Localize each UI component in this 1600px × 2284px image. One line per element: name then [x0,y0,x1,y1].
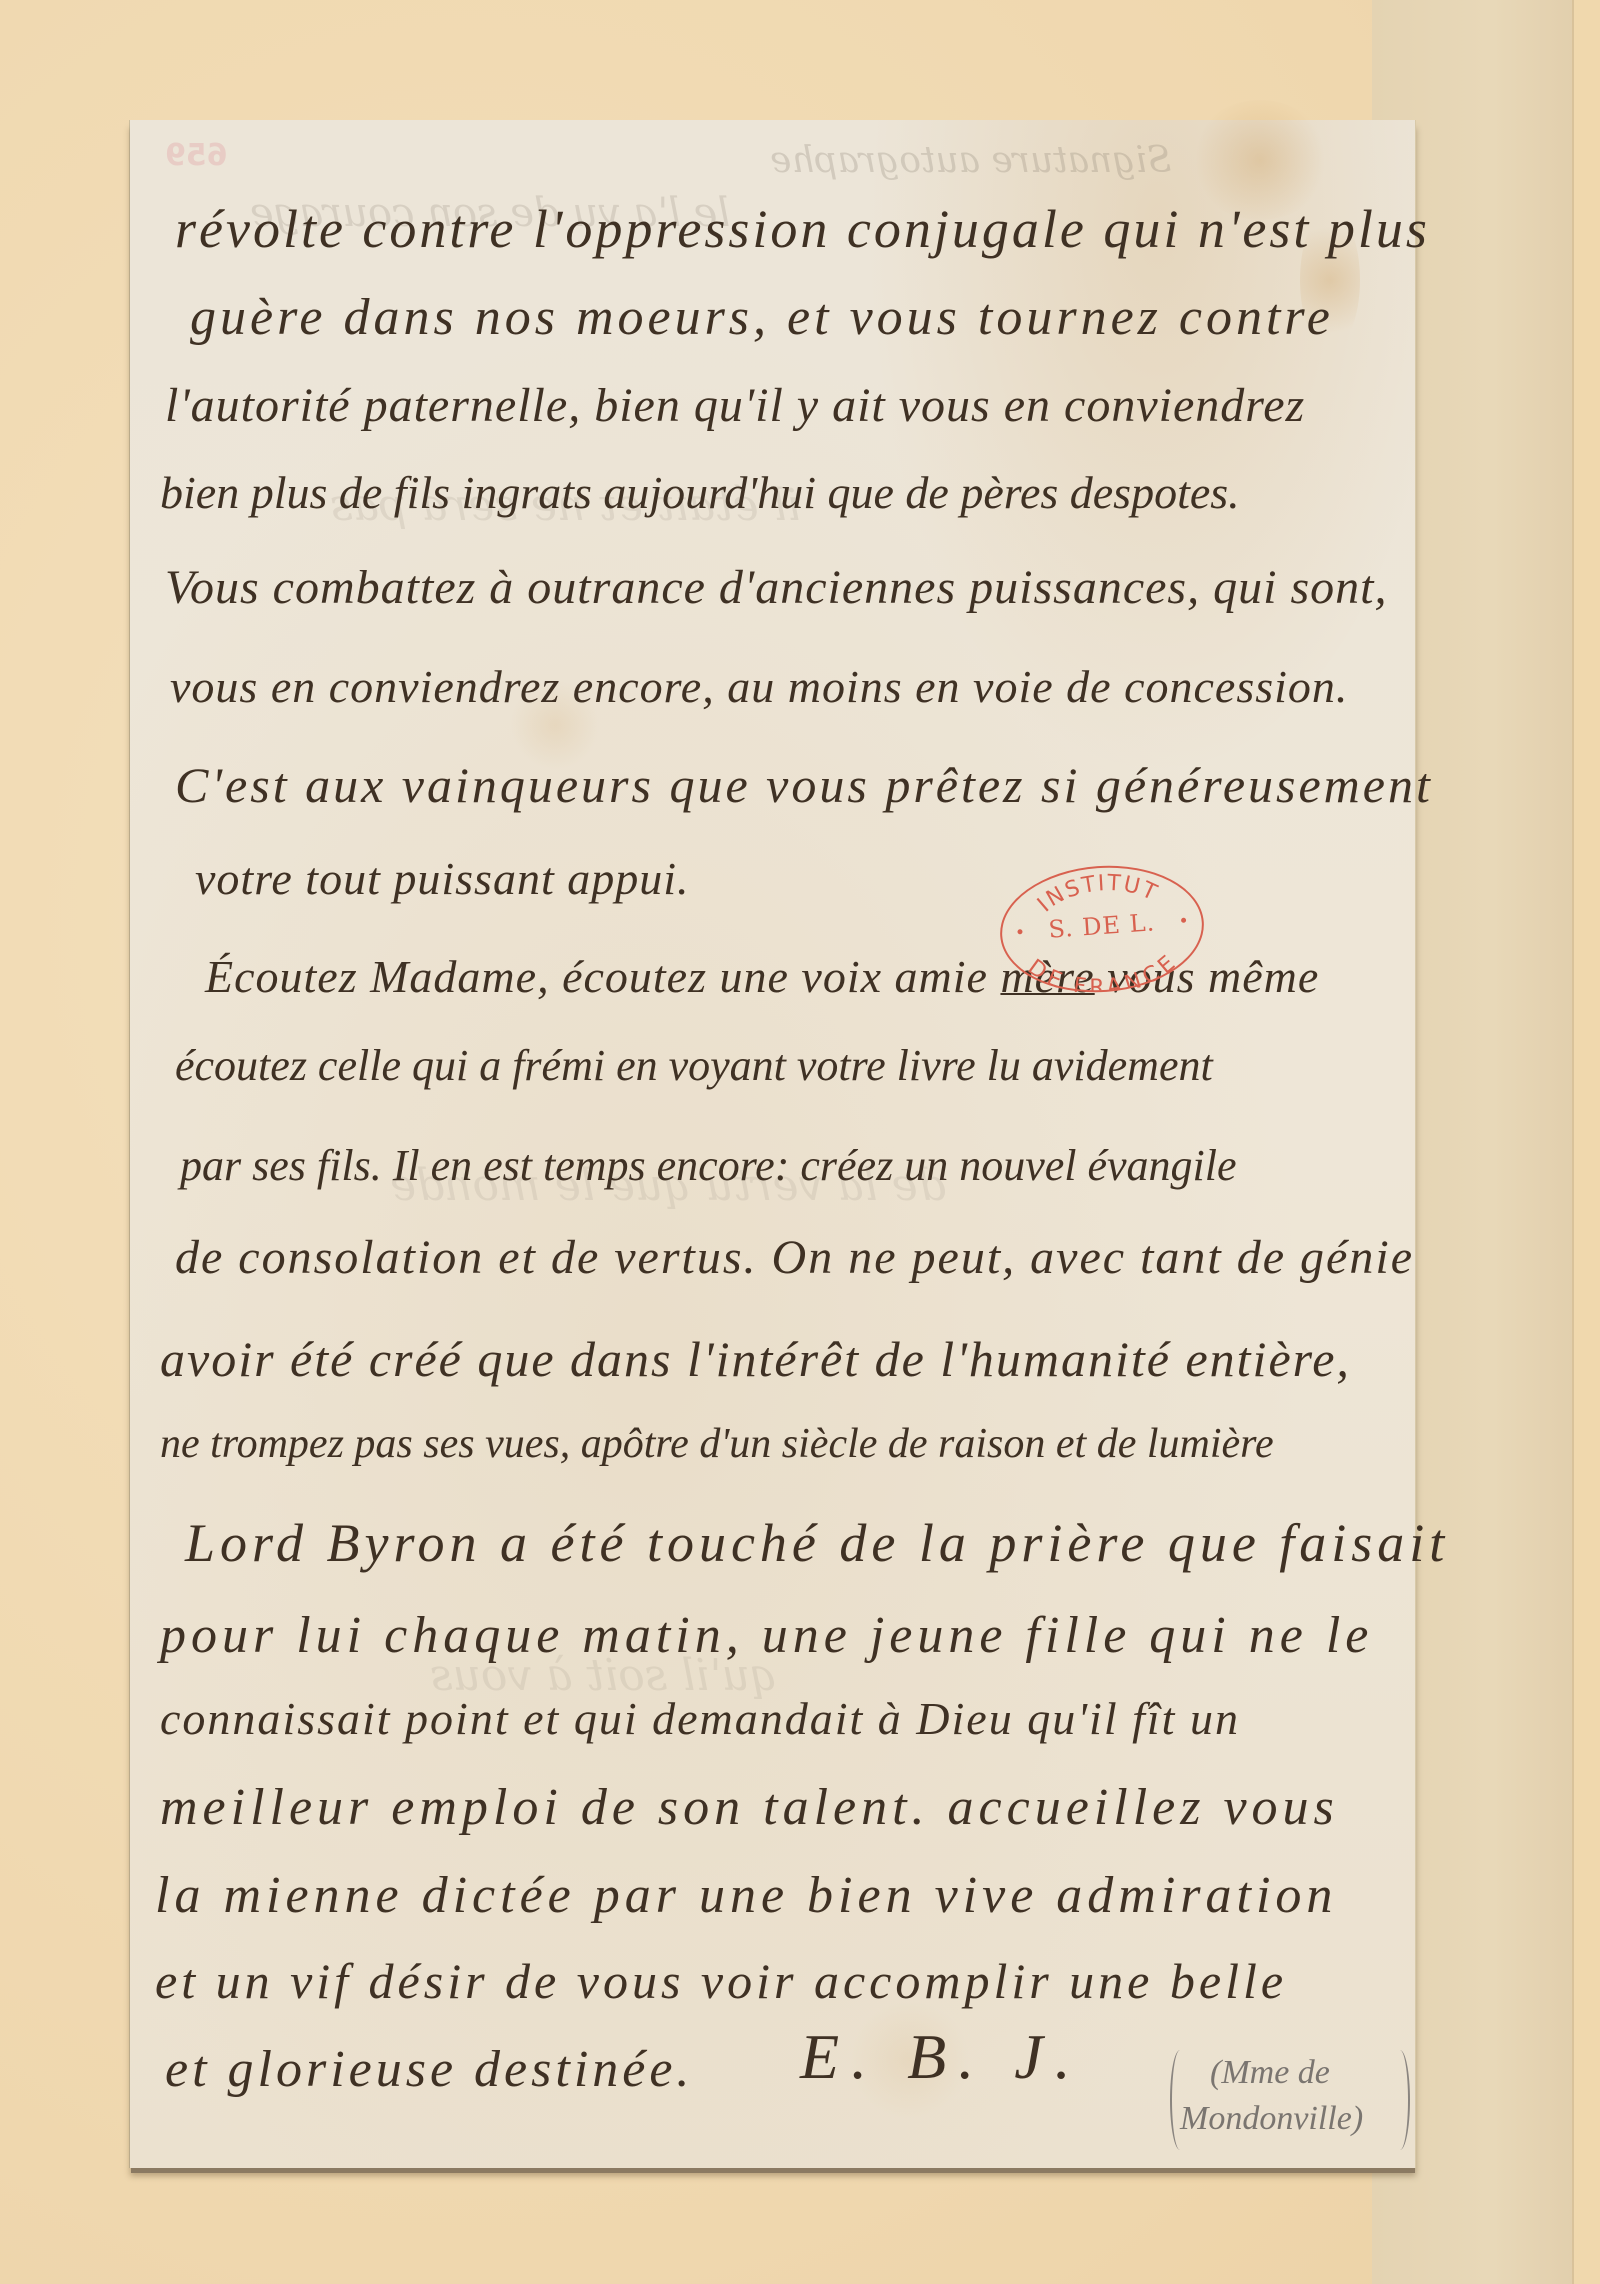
mounting-board-edge [1574,0,1600,2284]
show-through-text: Signature autographe [770,140,1172,181]
letter-line: de consolation et de vertus. On ne peut,… [175,1230,1414,1285]
folio-number: 659 [165,138,228,173]
pencil-attribution-line: Mondonville) [1170,2096,1410,2142]
letter-line: guère dans nos moeurs, et vous tournez c… [190,288,1334,347]
letter-line: Lord Byron a été touché de la prière que… [185,1512,1449,1574]
letter-line: et un vif désir de vous voir accomplir u… [155,1952,1287,2010]
letter-line: vous en conviendrez encore, au moins en … [170,660,1348,713]
letter-line-segment: Écoutez Madame, écoutez une voix amie [205,951,1000,1002]
letter-line: et glorieuse destinée. [165,2040,693,2099]
letter-line: par ses fils. Il en est temps encore: cr… [180,1140,1237,1191]
letter-line: révolte contre l'oppression conjugale qu… [175,198,1430,260]
pencil-attribution: (Mme de Mondonville) [1170,2050,1410,2142]
letter-line: Vous combattez à outrance d'anciennes pu… [165,560,1387,615]
letter-line: connaissait point et qui demandait à Die… [160,1692,1240,1745]
letter-line: l'autorité paternelle, bien qu'il y ait … [165,378,1305,433]
letter-line: meilleur emploi de son talent. accueille… [160,1778,1339,1837]
letter-line: votre tout puissant appui. [195,852,690,905]
institut-de-france-stamp: INSTITUT DE FRANCE S. DE L. [996,859,1208,999]
signature-initials: E. B. J. [800,2020,1083,2094]
letter-line: écoutez celle qui a frémi en voyant votr… [175,1040,1213,1091]
letter-line: ne trompez pas ses vues, apôtre d'un siè… [160,1420,1274,1468]
letter-line: C'est aux vainqueurs que vous prêtez si … [175,756,1433,814]
letter-line: la mienne dictée par une bien vive admir… [155,1866,1337,1925]
pencil-attribution-line: (Mme de [1170,2050,1410,2096]
letter-line: avoir été créé que dans l'intérêt de l'h… [160,1330,1351,1388]
letter-line: pour lui chaque matin, une jeune fille q… [160,1606,1373,1665]
letter-line: bien plus de fils ingrats aujourd'hui qu… [160,466,1240,519]
